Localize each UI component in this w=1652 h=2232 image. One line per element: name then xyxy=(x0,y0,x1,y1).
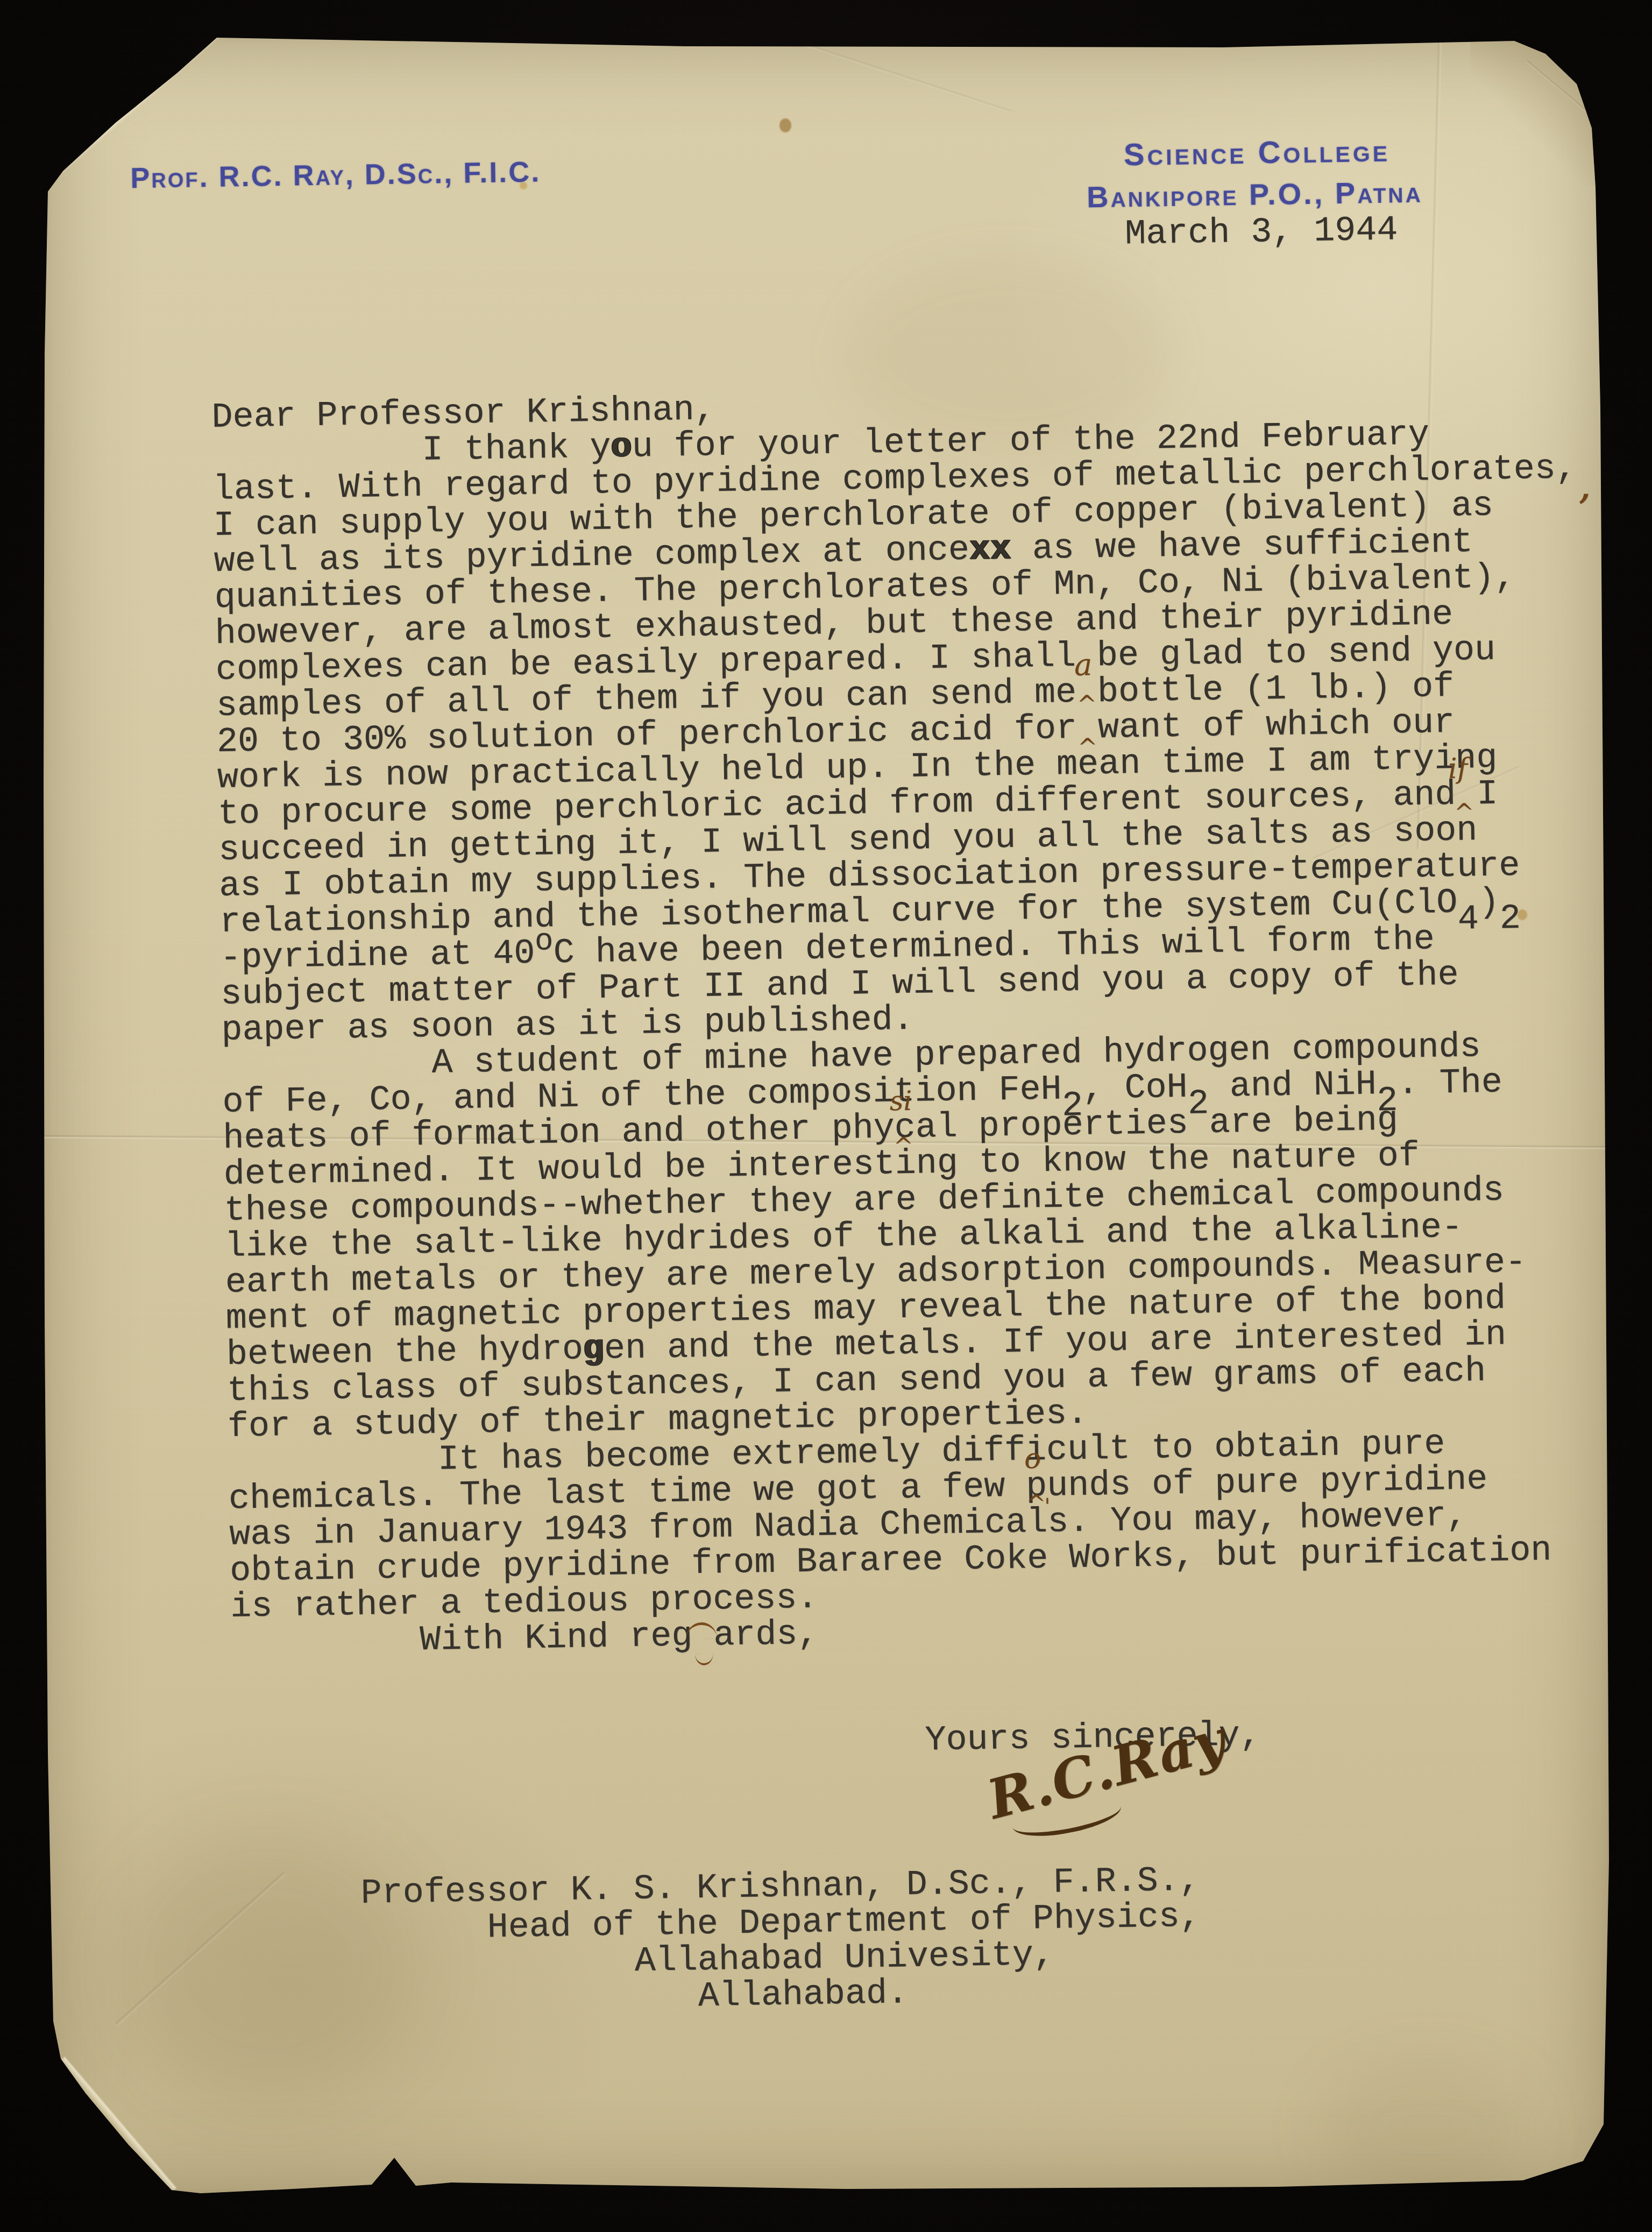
subscript: 2 xyxy=(1499,899,1521,939)
letterhead: Prof. R.C. Ray, D.Sc., F.I.C. Science Co… xyxy=(39,6,1618,354)
handwritten-comma: , xyxy=(1579,470,1590,506)
handwritten-insertion-o: o xyxy=(1024,1443,1041,1475)
college-address-stamp: Bankipore P.O., Patna xyxy=(1087,174,1423,215)
superscript: o xyxy=(534,924,553,959)
insertion-caret: ^ xyxy=(1077,690,1097,718)
torn-corner-bottom-left xyxy=(59,2057,176,2193)
subscript: 4 xyxy=(1457,899,1479,940)
sender-stamp: Prof. R.C. Ray, D.Sc., F.I.C. xyxy=(130,155,541,195)
insertion-caret: ^ xyxy=(1077,733,1098,761)
college-stamp: Science College xyxy=(1123,133,1390,173)
overtyped-chars: o xyxy=(611,427,632,468)
handwritten-apostrophe-mark: ' xyxy=(1044,1494,1051,1519)
typed-lines: Dear Professor Krishnan, I thank you for… xyxy=(211,378,1646,2022)
handwritten-insertion-a: a xyxy=(1074,647,1092,683)
overtyped-chars: xx xyxy=(969,529,1011,570)
handwritten-insertion-si: si xyxy=(889,1085,912,1117)
scan-backdrop: { "colors": { "backdrop": "#0a0807", "pa… xyxy=(0,0,1652,2232)
subscript: 2 xyxy=(1061,1086,1083,1126)
subscript: 2 xyxy=(1377,1081,1398,1121)
overtyped-chars: g xyxy=(583,1329,604,1369)
insertion-caret: ^ xyxy=(894,1133,914,1161)
handwritten-insertion-if: if xyxy=(1448,752,1468,785)
typed-letter-body: Dear Professor Krishnan, I thank you for… xyxy=(211,378,1648,2122)
letter-date: March 3, 1944 xyxy=(1125,210,1398,254)
subscript: 2 xyxy=(1188,1084,1209,1124)
letter-paper: Prof. R.C. Ray, D.Sc., F.I.C. Science Co… xyxy=(39,31,1613,2201)
insertion-caret: ^ xyxy=(1026,1490,1046,1518)
insertion-caret: ^ xyxy=(1454,799,1474,827)
